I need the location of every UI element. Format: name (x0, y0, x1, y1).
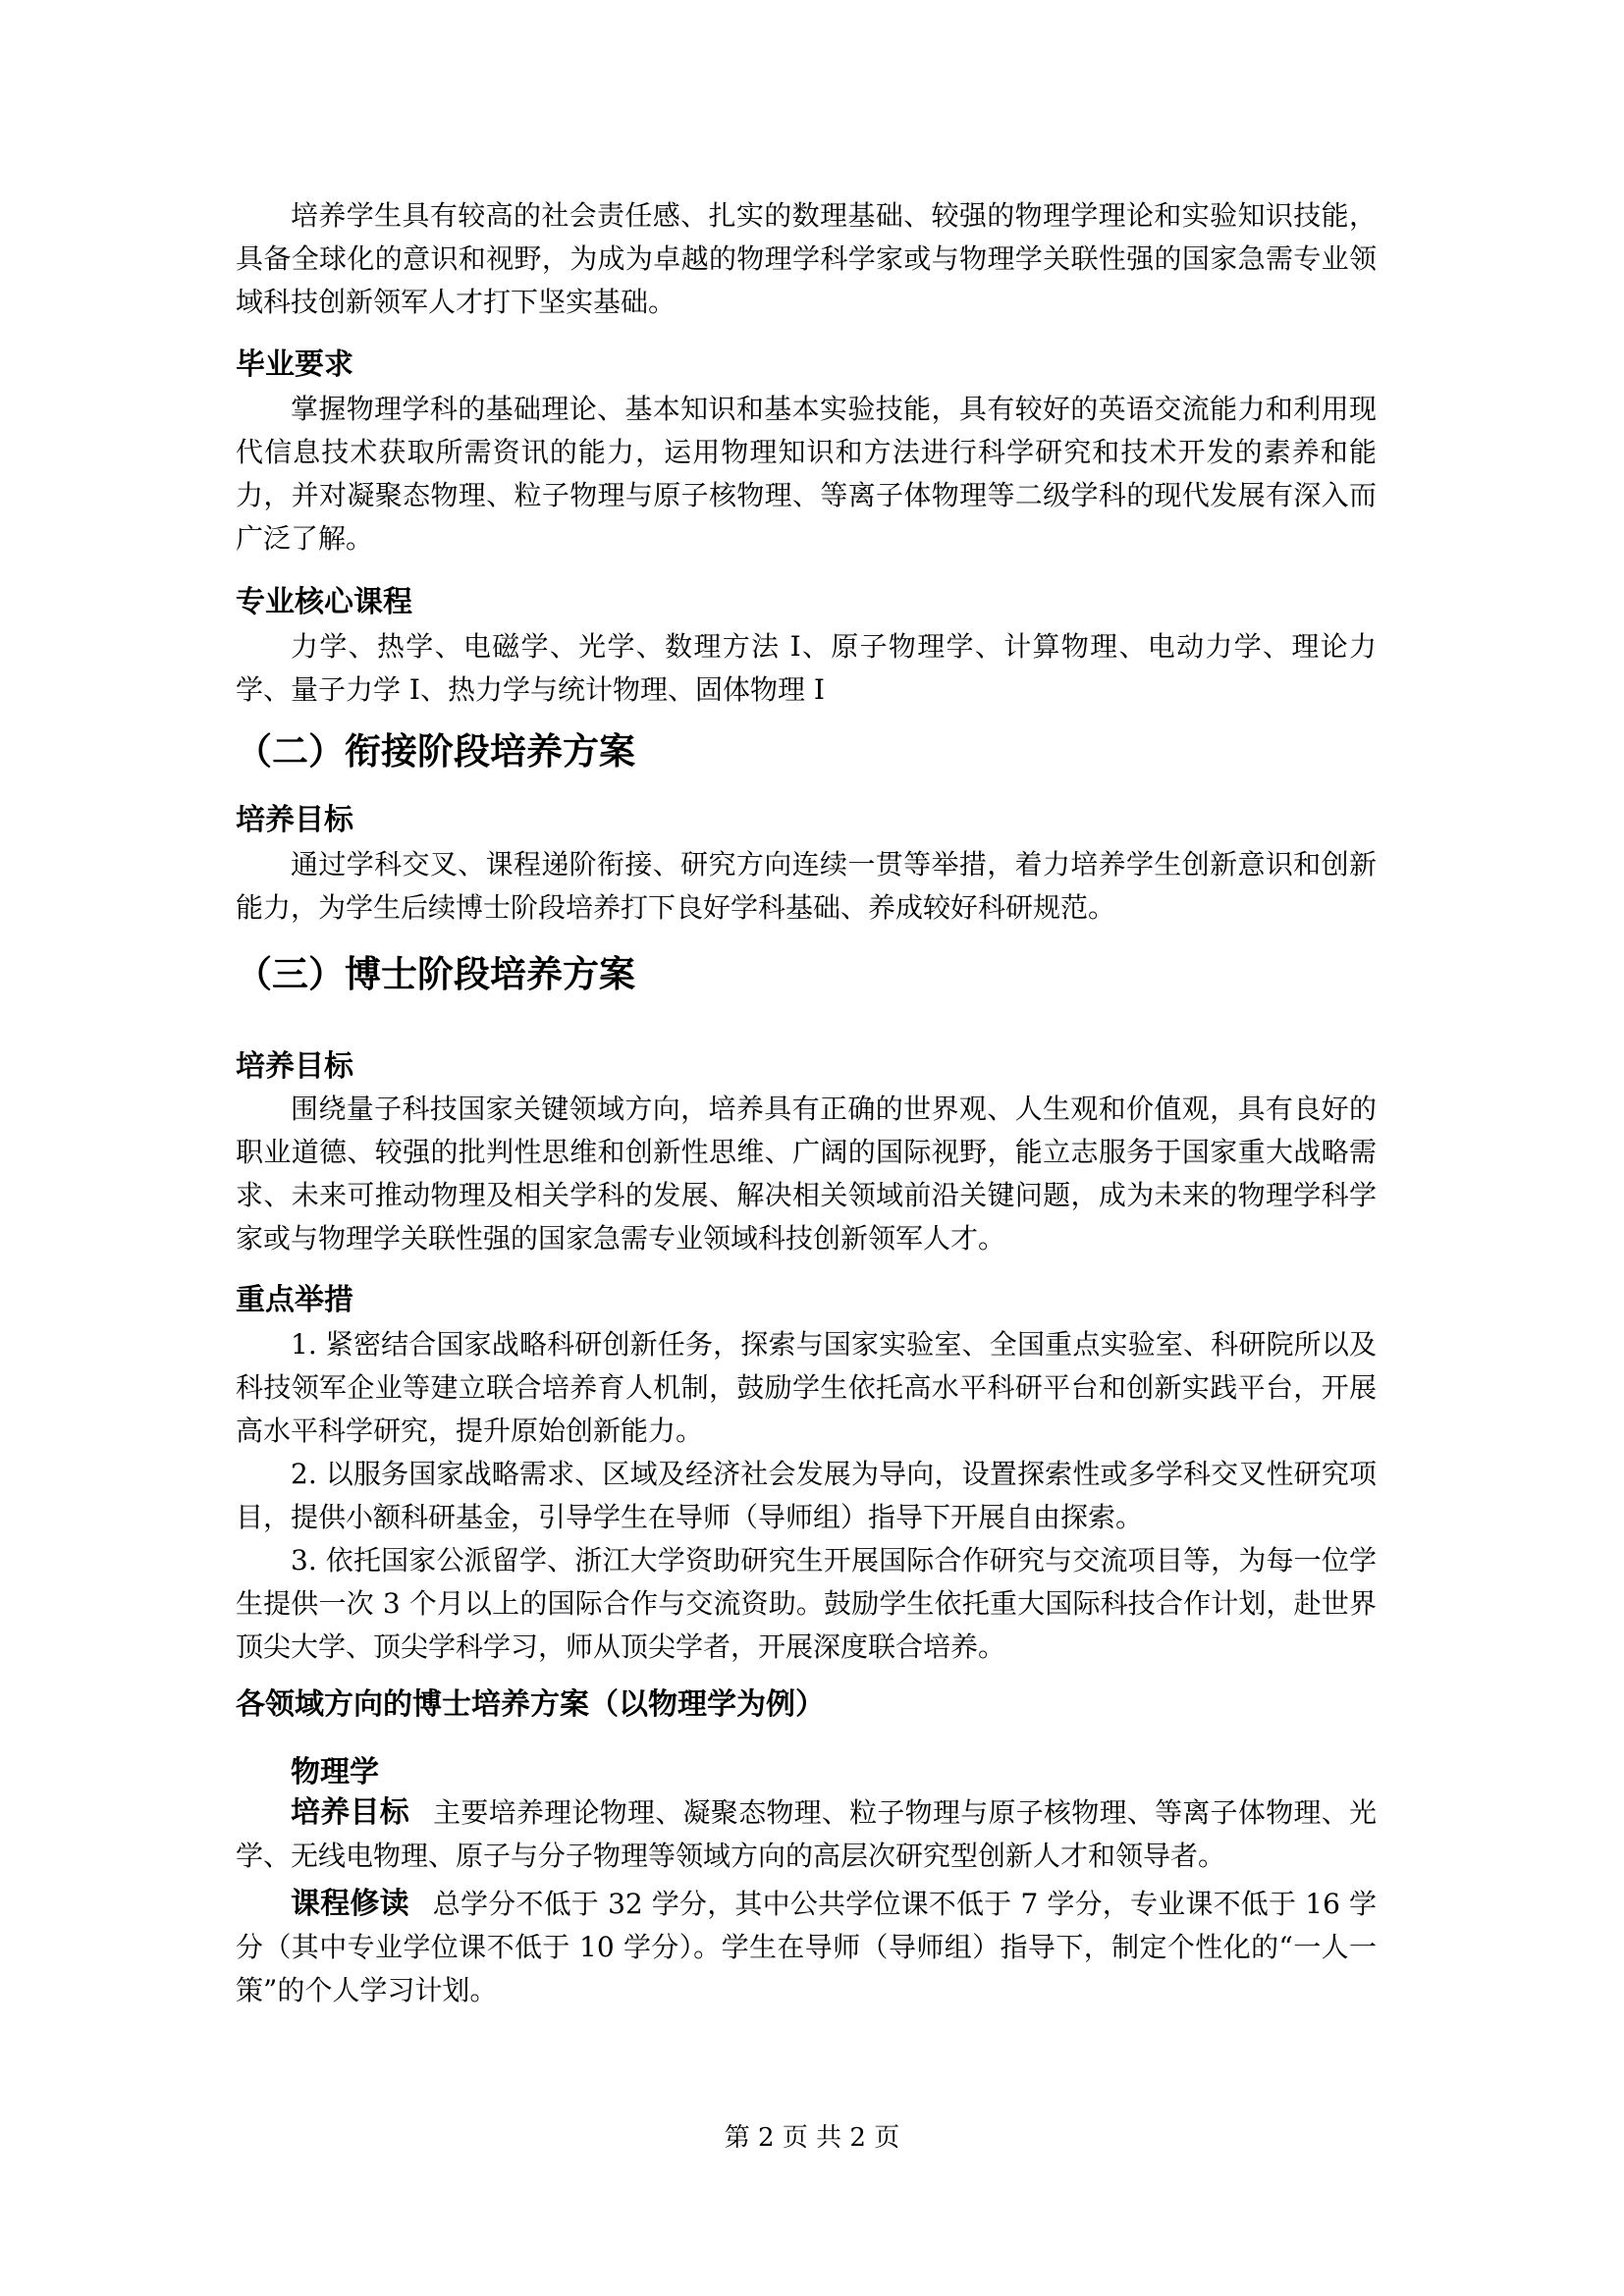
document-content: 培养学生具有较高的社会责任感、扎实的数理基础、较强的物理学理论和实验知识技能，具… (0, 0, 1624, 2012)
graduation-requirements-paragraph: 掌握物理学科的基础理论、基本知识和基本实验技能，具有较好的英语交流能力和利用现代… (236, 388, 1377, 561)
intro-paragraph: 培养学生具有较高的社会责任感、扎实的数理基础、较强的物理学理论和实验知识技能，具… (236, 194, 1377, 324)
course-study-lead: 课程修读 (291, 1887, 409, 1921)
graduation-requirements-heading: 毕业要求 (236, 347, 1377, 384)
physics-goal-lead: 培养目标 (291, 1795, 409, 1830)
bridge-stage-heading: （二）衔接阶段培养方案 (236, 728, 1377, 775)
document-page: 培养学生具有较高的社会责任感、扎实的数理基础、较强的物理学理论和实验知识技能，具… (0, 0, 1624, 2296)
phd-stage-goal-paragraph: 围绕量子科技国家关键领域方向，培养具有正确的世界观、人生观和价值观，具有良好的职… (236, 1088, 1377, 1260)
bridge-stage-goal-heading: 培养目标 (236, 802, 1377, 839)
phd-stage-heading: （三）博士阶段培养方案 (236, 951, 1377, 998)
course-study-paragraph: 课程修读总学分不低于 32 学分，其中公共学位课不低于 7 学分，专业课不低于 … (236, 1883, 1377, 2012)
bridge-stage-goal-paragraph: 通过学科交叉、课程递阶衔接、研究方向连续一贯等举措，着力培养学生创新意识和创新能… (236, 843, 1377, 930)
physics-goal-paragraph: 培养目标主要培养理论物理、凝聚态物理、粒子物理与原子核物理、等离子体物理、光学、… (236, 1791, 1377, 1878)
key-measure-item-3: 3. 依托国家公派留学、浙江大学资助研究生开展国际合作研究与交流项目等，为每一位… (236, 1539, 1377, 1669)
key-measures-heading: 重点举措 (236, 1282, 1377, 1319)
page-number-footer: 第 2 页 共 2 页 (0, 2122, 1624, 2154)
key-measure-item-2: 2. 以服务国家战略需求、区域及经济社会发展为导向，设置探索性或多学科交叉性研究… (236, 1453, 1377, 1539)
phd-stage-goal-heading: 培养目标 (236, 1048, 1377, 1086)
core-courses-paragraph: 力学、热学、电磁学、光学、数理方法 I、原子物理学、计算物理、电动力学、理论力学… (236, 625, 1377, 712)
field-programs-heading: 各领域方向的博士培养方案（以物理学为例） (236, 1686, 1377, 1724)
physics-subheading: 物理学 (236, 1754, 1377, 1791)
core-courses-heading: 专业核心课程 (236, 584, 1377, 621)
key-measure-item-1: 1. 紧密结合国家战略科研创新任务，探索与国家实验室、全国重点实验室、科研院所以… (236, 1323, 1377, 1453)
